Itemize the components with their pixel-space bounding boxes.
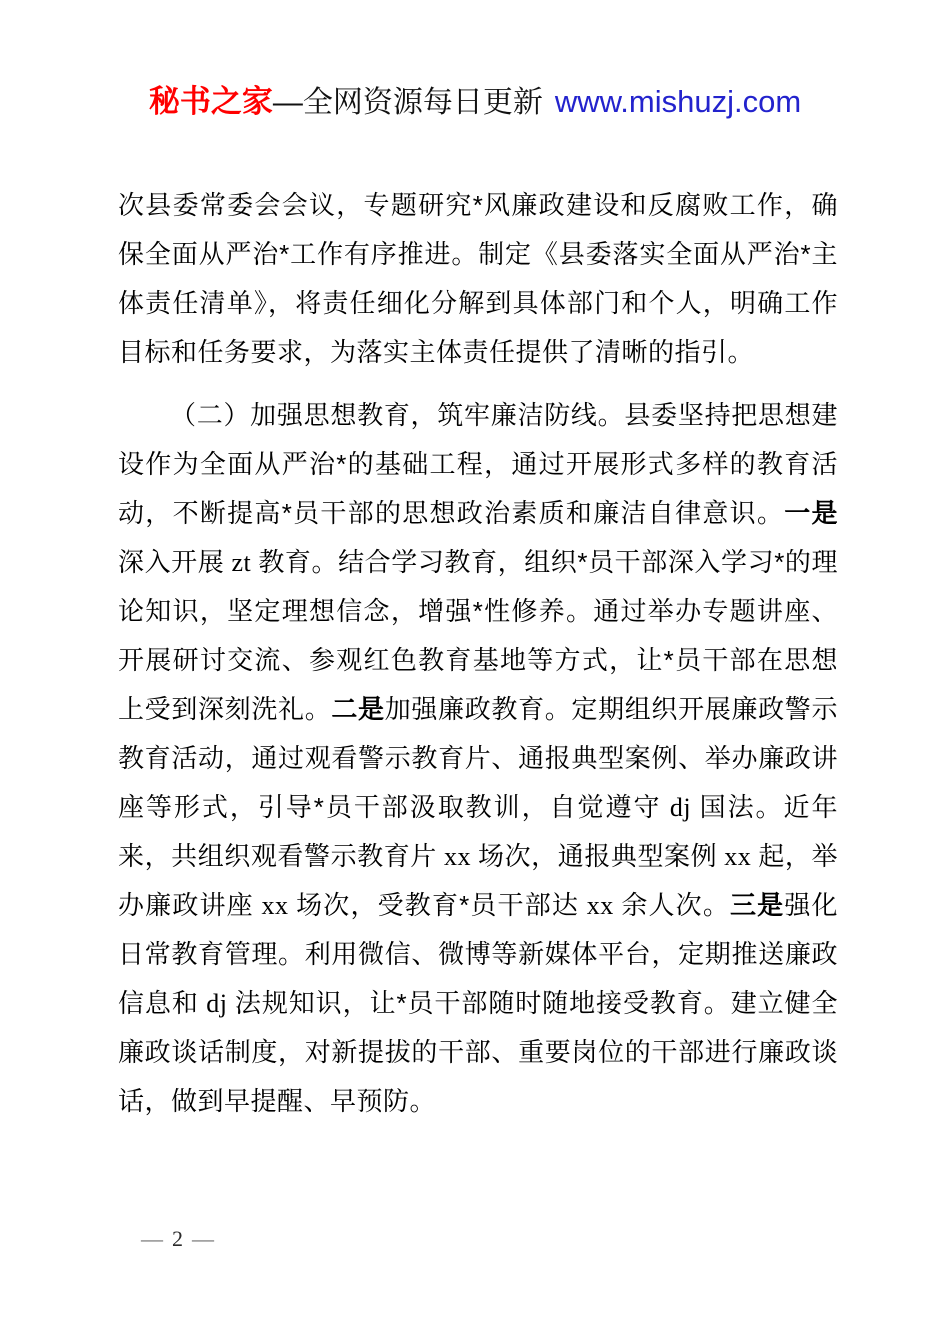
text-run: xx (579, 891, 621, 920)
header-separator: — (273, 86, 303, 119)
footer-dash-left: — (141, 1226, 164, 1251)
text-run: xx (717, 842, 758, 871)
site-url[interactable]: www.mishuzj.com (555, 84, 801, 119)
text-run: 次县委常委会会议，专题研究*风廉政建设和反腐败工作，确保全面从严治*工作有序推进… (118, 190, 838, 367)
text-run-bold: 一是 (784, 498, 838, 528)
text-run: xx (437, 842, 478, 871)
text-run: dj (661, 793, 699, 822)
site-name: 秘书之家 (149, 84, 273, 119)
text-run: 场次，受教育*员干部达 (296, 890, 579, 920)
page-number: 2 (164, 1226, 192, 1251)
footer-dash-right: — (192, 1226, 215, 1251)
text-run: 余人次。 (621, 890, 730, 920)
text-run: dj (199, 989, 235, 1018)
text-run: xx (254, 891, 296, 920)
paragraph: 次县委常委会会议，专题研究*风廉政建设和反腐败工作，确保全面从严治*工作有序推进… (118, 181, 838, 377)
header-tagline: 全网资源每日更新 (303, 86, 543, 119)
text-run-bold: 二是 (331, 694, 384, 724)
text-run: zt (224, 548, 258, 577)
text-run: （二）加强思想教育，筑牢廉洁防线。县委坚持把思想建设作为全面从严治*的基础工程，… (118, 400, 838, 528)
document-body: 次县委常委会会议，专题研究*风廉政建设和反腐败工作，确保全面从严治*工作有序推进… (118, 181, 838, 1126)
paragraph: （二）加强思想教育，筑牢廉洁防线。县委坚持把思想建设作为全面从严治*的基础工程，… (118, 391, 838, 1126)
text-run: 场次，通报典型案例 (478, 841, 717, 871)
page-header: 秘书之家—全网资源每日更新www.mishuzj.com (0, 82, 950, 123)
page-footer: —2— (141, 1226, 215, 1252)
text-run-bold: 三是 (730, 890, 784, 920)
document-page: 秘书之家—全网资源每日更新www.mishuzj.com 次县委常委会会议，专题… (0, 0, 950, 1344)
text-run: 深入开展 (118, 547, 224, 577)
